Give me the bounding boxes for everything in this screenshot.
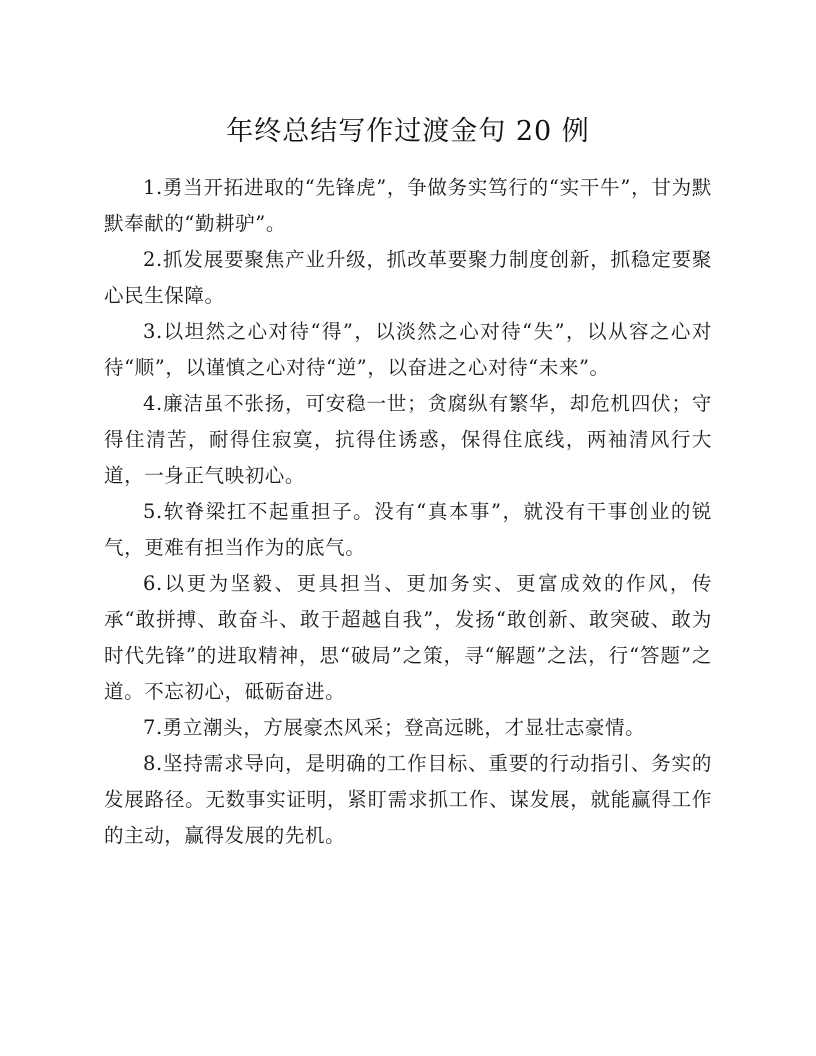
paragraph-4: 4.廉洁虽不张扬，可安稳一世；贪腐纵有繁华，却危机四伏；守得住清苦，耐得住寂寞，… xyxy=(104,386,712,494)
paragraph-3: 3.以坦然之心对待“得”，以淡然之心对待“失”，以从容之心对待“顺”，以谨慎之心… xyxy=(104,314,712,386)
paragraph-1: 1.勇当开拓进取的“先锋虎”，争做务实笃行的“实干牛”，甘为默默奉献的“勤耕驴”… xyxy=(104,170,712,242)
document-page: 年终总结写作过渡金句 20 例 1.勇当开拓进取的“先锋虎”，争做务实笃行的“实… xyxy=(0,0,816,1056)
paragraph-6: 6.以更为坚毅、更具担当、更加务实、更富成效的作风，传承“敢拼搏、敢奋斗、敢于超… xyxy=(104,566,712,710)
paragraph-2: 2.抓发展要聚焦产业升级，抓改革要聚力制度创新，抓稳定要聚心民生保障。 xyxy=(104,242,712,314)
paragraph-5: 5.软脊梁扛不起重担子。没有“真本事”，就没有干事创业的锐气，更难有担当作为的底… xyxy=(104,494,712,566)
paragraph-7: 7.勇立潮头，方展豪杰风采；登高远眺，才显壮志豪情。 xyxy=(104,710,712,746)
document-title: 年终总结写作过渡金句 20 例 xyxy=(0,112,816,152)
document-body: 1.勇当开拓进取的“先锋虎”，争做务实笃行的“实干牛”，甘为默默奉献的“勤耕驴”… xyxy=(104,170,712,854)
paragraph-8: 8.坚持需求导向，是明确的工作目标、重要的行动指引、务实的发展路径。无数事实证明… xyxy=(104,746,712,854)
